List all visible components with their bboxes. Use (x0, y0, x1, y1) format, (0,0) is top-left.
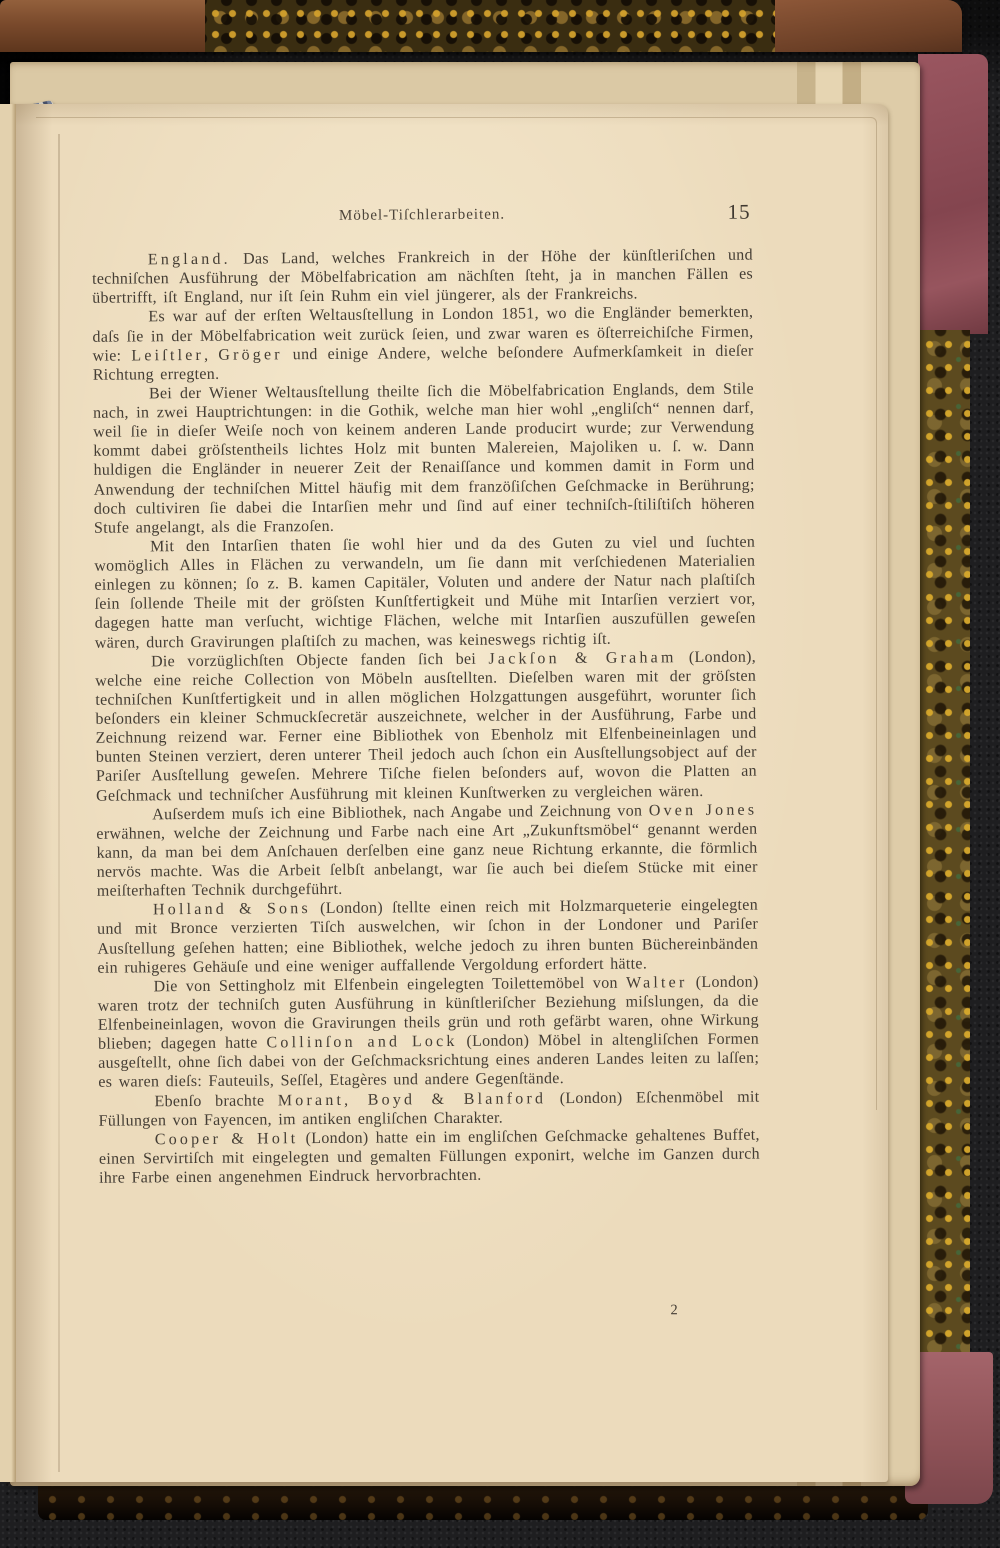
body-text: Auſserdem muſs ich eine Bibliothek, nach… (152, 802, 649, 823)
cover-leather-top-left (0, 0, 232, 52)
book-cover-top-edge (0, 0, 962, 52)
text-block: England. Das Land, welches Frankreich in… (92, 246, 760, 1188)
body-text: Die vorzüglichſten Objecte fanden ſich b… (151, 650, 489, 670)
paragraph: Die von Settingholz mit Elfenbein eingel… (98, 972, 760, 1092)
letterspaced-name: Walter (626, 974, 688, 991)
paragraph: Mit den Intarſien thaten ſie wohl hier u… (94, 532, 756, 652)
paragraph: Holland & Sons (London) ſtellte einen re… (97, 896, 759, 978)
cover-leather-corner-top-right (918, 54, 988, 334)
letterspaced-name: Cooper & Holt (155, 1130, 299, 1148)
paragraph: England. Das Land, welches Frankreich in… (92, 246, 753, 309)
letterspaced-name: Collinſon and Lock (266, 1033, 457, 1052)
body-text: , (204, 346, 218, 363)
letterspaced-name: Morant, Boyd & Blanford (278, 1090, 546, 1109)
book-page: Möbel-Tiſchlerarbeiten. 15 England. Das … (6, 104, 888, 1482)
page-number: 15 (727, 200, 750, 225)
letterspaced-name: England. (148, 251, 231, 269)
paragraph: Cooper & Holt (London) hatte ein im engl… (99, 1125, 760, 1188)
cover-marbled-paper-top (205, 0, 805, 52)
cover-leather-top-right (775, 0, 962, 52)
paragraph: Ebenſo brachte Morant, Boyd & Blanford (… (98, 1087, 759, 1130)
running-header: Möbel-Tiſchlerarbeiten. (91, 205, 752, 227)
paragraph: Auſserdem muſs ich eine Bibliothek, nach… (96, 800, 758, 901)
facing-page-sliver (0, 104, 16, 1482)
book-scan: Möbel-Tiſchlerarbeiten. 15 England. Das … (0, 0, 1000, 1548)
body-text: Mit den Intarſien thaten ſie wohl hier u… (94, 533, 756, 651)
body-text: erwähnen, welche der Zeichnung und Farbe… (96, 820, 757, 900)
body-text: Bei der Wiener Weltausſtellung theilte ſ… (93, 380, 755, 536)
letterspaced-name: Oven Jones (649, 801, 758, 819)
signature-mark: 2 (659, 1302, 689, 1319)
paragraph: Bei der Wiener Weltausſtellung theilte ſ… (93, 379, 755, 537)
page-header: Möbel-Tiſchlerarbeiten. 15 (91, 200, 752, 231)
letterspaced-name: Gröger (218, 346, 283, 364)
body-text: Ebenſo brachte (154, 1092, 277, 1110)
letterspaced-name: Jackſon & Graham (488, 649, 676, 667)
body-text: (London), welche eine reiche Collection … (95, 648, 757, 804)
paragraph: Die vorzüglichſten Objecte fanden ſich b… (95, 647, 757, 805)
body-text: Die von Settingholz mit Elfenbein eingel… (154, 974, 627, 995)
cover-marbled-paper-right (918, 330, 970, 1365)
page-content: Möbel-Tiſchlerarbeiten. 15 England. Das … (2, 101, 895, 1486)
letterspaced-name: Holland & Sons (153, 900, 311, 918)
paragraph: Es war auf der erſten Weltausſtellung in… (92, 303, 754, 385)
letterspaced-name: Leiſtler (131, 347, 204, 365)
